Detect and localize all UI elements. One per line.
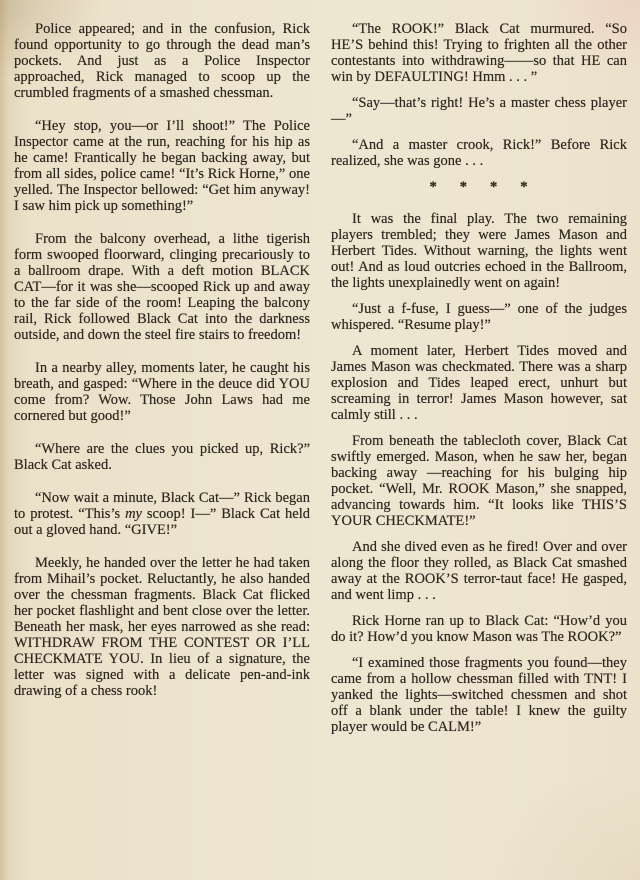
italic-word: my — [125, 506, 142, 522]
story-paragraph: “Where are the clues you picked up, Rick… — [14, 441, 310, 473]
section-break-asterisks: * * * * — [331, 179, 627, 195]
story-paragraph: “Say—that’s right! He’s a master chess p… — [331, 95, 627, 127]
comic-text-page: Police appeared; and in the confusion, R… — [0, 0, 640, 880]
story-paragraph: From the balcony overhead, a lithe tiger… — [14, 231, 310, 343]
story-paragraph: “The ROOK!” Black Cat murmured. “So HE’S… — [331, 21, 627, 85]
right-text-column: “The ROOK!” Black Cat murmured. “So HE’S… — [331, 21, 627, 880]
story-paragraph: “And a master crook, Rick!” Before Rick … — [331, 137, 627, 169]
story-paragraph: It was the final play. The two remaining… — [331, 211, 627, 291]
story-paragraph: “Just a f-fuse, I guess—” one of the jud… — [331, 301, 627, 333]
story-paragraph: And she dived even as he fired! Over and… — [331, 539, 627, 603]
story-paragraph: In a nearby alley, moments later, he cau… — [14, 360, 310, 424]
story-paragraph: From beneath the tablecloth cover, Black… — [331, 433, 627, 529]
story-paragraph: Rick Horne ran up to Black Cat: “How’d y… — [331, 613, 627, 645]
left-text-column: Police appeared; and in the confusion, R… — [14, 21, 310, 880]
story-paragraph: Police appeared; and in the confusion, R… — [14, 21, 310, 101]
story-paragraph: “I examined those fragments you found—th… — [331, 655, 627, 735]
story-paragraph: “Hey stop, you—or I’ll shoot!” The Polic… — [14, 118, 310, 214]
story-paragraph: Meekly, he handed over the letter he had… — [14, 555, 310, 699]
story-paragraph: “Now wait a minute, Black Cat—” Rick beg… — [14, 490, 310, 538]
story-paragraph: A moment later, Herbert Tides moved and … — [331, 343, 627, 423]
